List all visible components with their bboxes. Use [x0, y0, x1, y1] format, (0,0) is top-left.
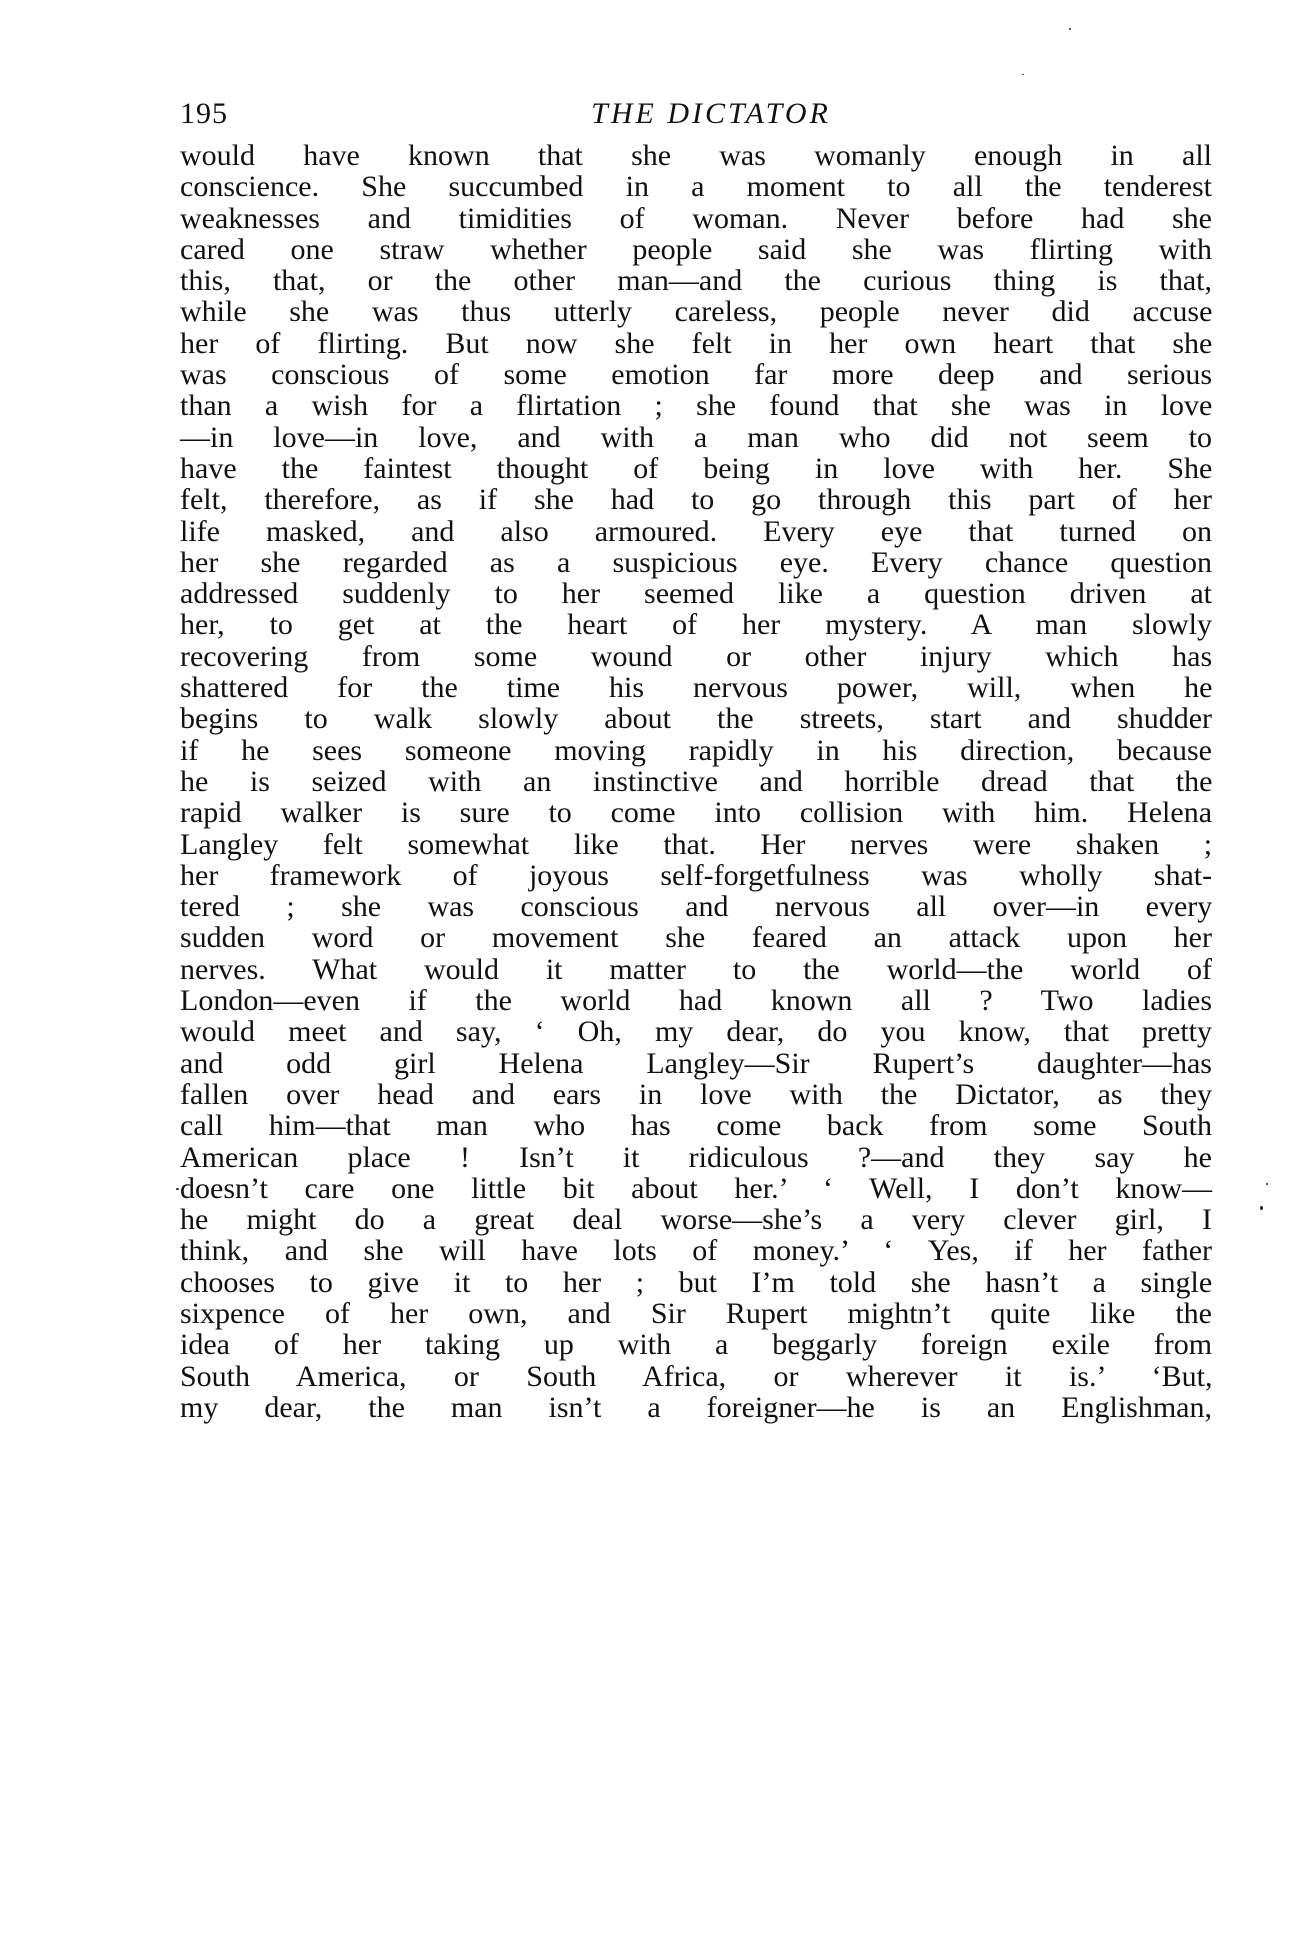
scan-speck — [1260, 1206, 1263, 1210]
text-line: South America, or South Africa, or where… — [180, 1361, 1212, 1392]
text-line: felt, therefore, as if she had to go thr… — [180, 484, 1212, 515]
text-line: cared one straw whether people said she … — [180, 234, 1212, 265]
text-line: he is seized with an instinctive and hor… — [180, 766, 1212, 797]
body-text: would have known that she was womanly en… — [180, 140, 1212, 1423]
text-line: —in love—in love, and with a man who did… — [180, 422, 1212, 453]
text-line: American place ! Isn’t it ridiculous ?—a… — [180, 1142, 1212, 1173]
text-line: while she was thus utterly careless, peo… — [180, 296, 1212, 327]
text-line: life masked, and also armoured. Every ey… — [180, 516, 1212, 547]
text-line: her framework of joyous self-forgetfulne… — [180, 860, 1212, 891]
text-line: sudden word or movement she feared an at… — [180, 922, 1212, 953]
text-line: would have known that she was womanly en… — [180, 140, 1212, 171]
text-line: doesn’t care one little bit about her.’ … — [180, 1173, 1212, 1204]
text-line: have the faintest thought of being in lo… — [180, 453, 1212, 484]
running-head: 195 THE DICTATOR — [180, 94, 1212, 134]
text-line: London—even if the world had known all ?… — [180, 985, 1212, 1016]
text-line: her of flirting. But now she felt in her… — [180, 328, 1212, 359]
text-line: my dear, the man isn’t a foreigner—he is… — [180, 1392, 1212, 1423]
running-title: THE DICTATOR — [180, 94, 1212, 134]
text-line: recovering from some wound or other inju… — [180, 641, 1212, 672]
text-line: idea of her taking up with a beggarly fo… — [180, 1329, 1212, 1360]
scan-speck — [176, 1188, 179, 1190]
text-line: this, that, or the other man—and the cur… — [180, 265, 1212, 296]
text-line: her she regarded as a suspicious eye. Ev… — [180, 547, 1212, 578]
text-line: fallen over head and ears in love with t… — [180, 1079, 1212, 1110]
text-line: if he sees someone moving rapidly in his… — [180, 735, 1212, 766]
text-line: shattered for the time his nervous power… — [180, 672, 1212, 703]
text-line: he might do a great deal worse—she’s a v… — [180, 1204, 1212, 1235]
text-line: her, to get at the heart of her mystery.… — [180, 609, 1212, 640]
text-line: chooses to give it to her ; but I’m told… — [180, 1267, 1212, 1298]
text-line: call him—that man who has come back from… — [180, 1110, 1212, 1141]
scan-speck — [1069, 28, 1071, 30]
text-line: and odd girl Helena Langley—Sir Rupert’s… — [180, 1048, 1212, 1079]
text-line: tered ; she was conscious and nervous al… — [180, 891, 1212, 922]
text-line: nerves. What would it matter to the worl… — [180, 954, 1212, 985]
text-line: would meet and say, ‘ Oh, my dear, do yo… — [180, 1016, 1212, 1047]
scan-speck — [1266, 1183, 1268, 1185]
text-line: Langley felt somewhat like that. Her ner… — [180, 829, 1212, 860]
text-line: was conscious of some emotion far more d… — [180, 359, 1212, 390]
scan-speck — [1022, 74, 1024, 75]
text-line: think, and she will have lots of money.’… — [180, 1235, 1212, 1266]
text-line: than a wish for a flirtation ; she found… — [180, 390, 1212, 421]
text-line: conscience. She succumbed in a moment to… — [180, 171, 1212, 202]
text-line: addressed suddenly to her seemed like a … — [180, 578, 1212, 609]
text-line: rapid walker is sure to come into collis… — [180, 797, 1212, 828]
text-line: begins to walk slowly about the streets,… — [180, 703, 1212, 734]
text-line: sixpence of her own, and Sir Rupert migh… — [180, 1298, 1212, 1329]
text-line: weaknesses and timidities of woman. Neve… — [180, 203, 1212, 234]
book-page: 195 THE DICTATOR would have known that s… — [0, 0, 1292, 1956]
